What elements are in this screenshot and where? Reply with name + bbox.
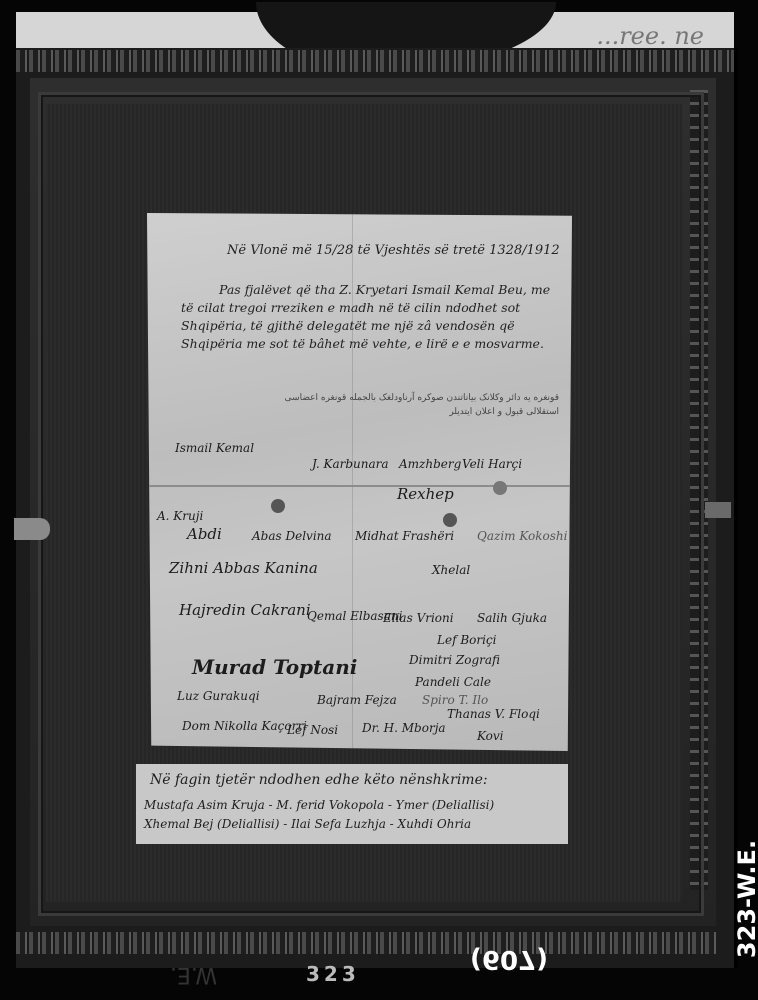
frame-bead-top [16,50,734,72]
frame-bead-bottom [16,932,716,954]
signature: Lef Nosi [287,723,338,737]
archive-number-vertical: 323-W.E. [733,840,758,958]
ottoman-text: قونغره یه دائر وکلانک بیاناتندن صوکره آر… [169,391,559,419]
signatures-note-label: Në fagin tjetër ndodhen edhe këto nënshk… [136,764,568,844]
signature: Bajram Fejza [317,693,397,707]
label-heading: Në fagin tjetër ndodhen edhe këto nënshk… [150,772,488,789]
signature: Dr. H. Mborja [362,721,446,735]
signature: Lef Boriçi [437,633,497,647]
ghost-archive-mark: W.E. [170,962,217,987]
signature: Hajredin Cakrani [179,601,311,619]
ottoman-line: استقلالی قبول و اعلان ایتدیلر [169,405,559,419]
wall-handwriting: ...ree. ne [596,22,704,50]
letter-dateline: Në Vlonë më 15/28 të Vjeshtës së tretë 1… [227,243,560,258]
frame-clip-left [14,518,50,540]
signature: Salih Gjuka [477,611,547,625]
declaration-letter: Në Vlonë më 15/28 të Vjeshtës së tretë 1… [147,213,572,751]
signature: Xhelal [432,563,470,577]
signature: J. Karbunara [312,457,389,471]
signature: Veli Harçi [462,457,522,471]
frame-clip-right [705,502,731,518]
ink-stain [493,481,507,495]
signature: Thanas V. Floqi [447,707,540,721]
signature: Elias Vrioni [383,611,454,625]
signature: Murad Toptani [192,655,357,679]
label-names-line: Xhemal Bej (Deliallisi) - Ilai Sefa Luzh… [144,816,471,833]
letter-body: Pas fjalëvet që tha Z. Kryetari Ismail K… [181,281,561,353]
signature: Spiro T. Ilo [422,693,488,707]
label-names-line: Mustafa Asim Kruja - M. ferid Vokopola -… [144,797,494,814]
ottoman-line: قونغره یه دائر وکلانک بیاناتندن صوکره آر… [169,391,559,405]
signature: Ismail Kemal [175,441,254,455]
signature: Kovi [477,729,503,743]
signature: Pandeli Cale [415,675,491,689]
signature: Abas Delvina [252,529,332,543]
archive-number: 323 [306,962,360,986]
ink-stain [271,499,285,513]
photograph: ...ree. ne Në Vlonë më 15/28 të Vjeshtës… [0,0,758,1000]
signature: Luz Gurakuqi [177,689,260,703]
signature: Qazim Kokoshi [477,529,567,543]
signature: Dimitri Zografi [409,653,500,667]
signature: Midhat Frashëri [355,529,454,543]
archive-number-mirrored: (607) [470,944,548,974]
horizontal-fold [147,485,572,487]
signature: Abdi [187,525,222,543]
signature: Amzhberg [399,457,461,471]
signature: A. Kruji [157,509,203,523]
ink-stain [443,513,457,527]
signature: Zihni Abbas Kanina [169,559,318,577]
signature: Rexhep [397,485,454,503]
